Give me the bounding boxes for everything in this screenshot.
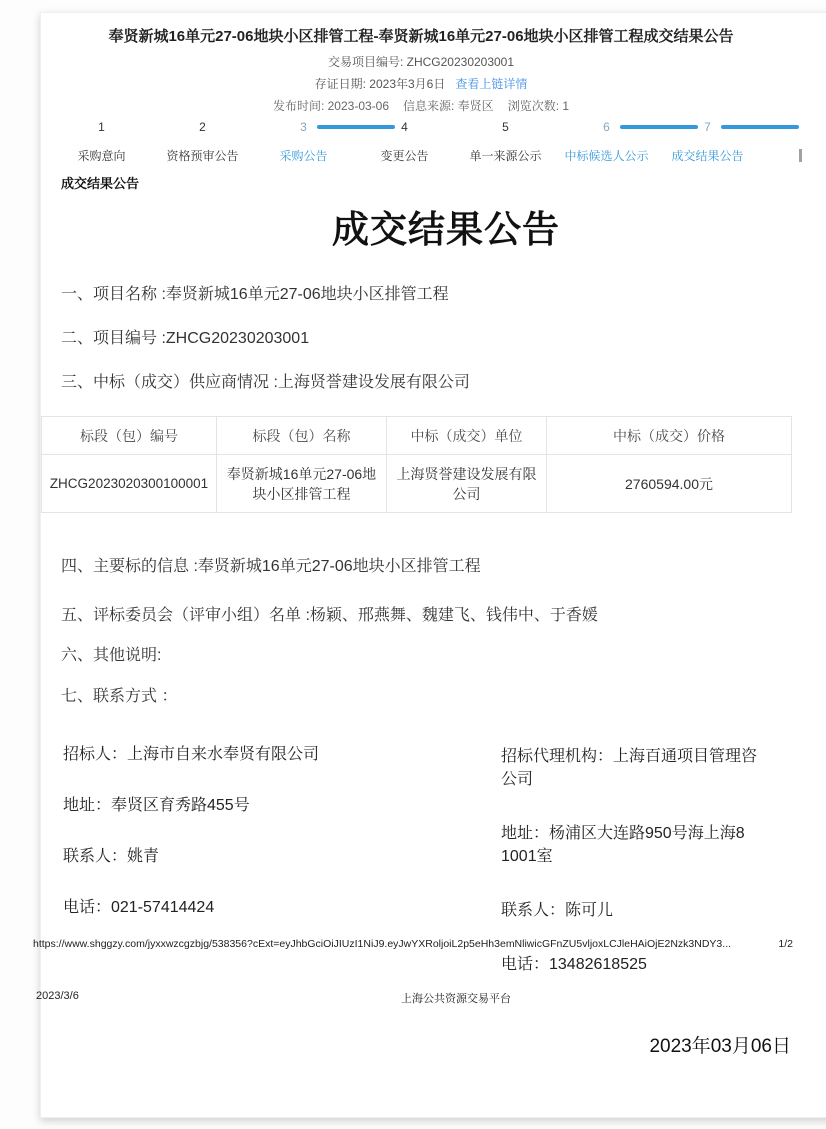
print-date: 2023/3/6 bbox=[36, 990, 79, 1002]
platform-name: 上海公共资源交易平台 bbox=[86, 990, 826, 1006]
view-chain-details-link[interactable]: 查看上链详情 bbox=[455, 77, 527, 91]
award-result-table: 标段（包）编号 标段（包）名称 中标（成交）单位 中标（成交）价格 ZHCG20… bbox=[41, 416, 792, 513]
source-url: https://www.shggzy.com/jyxxwzcgzbjg/5383… bbox=[33, 938, 731, 950]
step-purchase-intent: 1 采购意向 bbox=[51, 119, 152, 177]
cell-lot-name: 奉贤新城16单元27-06地块小区排管工程 bbox=[217, 455, 387, 513]
table-header-row: 标段（包）编号 标段（包）名称 中标（成交）单位 中标（成交）价格 bbox=[42, 417, 792, 455]
section-other-notes: 六、其他说明: bbox=[61, 642, 826, 665]
tenderer-contact-block: 招标人：上海市自来水奉贤有限公司 地址：奉贤区育秀路455号 联系人：姚青 电话… bbox=[63, 727, 493, 949]
procurement-stepper: 1 采购意向 2 资格预审公告 3 采购公告 4 变更公告 5 单一来源公示 6… bbox=[51, 119, 826, 177]
col-header-lot-name: 标段（包）名称 bbox=[217, 417, 387, 455]
page-title: 奉贤新城16单元27-06地块小区排管工程-奉贤新城16单元27-06地块小区排… bbox=[41, 25, 801, 46]
step-result-announcement[interactable]: 7 成交结果公告 bbox=[657, 119, 758, 177]
table-row: ZHCG2023020300100001 奉贤新城16单元27-06地块小区排管… bbox=[42, 455, 792, 513]
step-prequalification: 2 资格预审公告 bbox=[152, 119, 253, 177]
document-date: 2023年03月06日 bbox=[461, 1031, 791, 1058]
cell-winning-price: 2760594.00元 bbox=[547, 455, 792, 513]
agency-name: 招标代理机构：上海百通项目管理咨 公司 bbox=[501, 745, 826, 791]
cell-lot-number: ZHCG2023020300100001 bbox=[42, 455, 217, 513]
section-project-name: 一、项目名称 :奉贤新城16单元27-06地块小区排管工程 bbox=[61, 281, 826, 304]
info-source: 信息来源: 奉贤区 bbox=[403, 99, 494, 113]
pdf-footer-url-row: https://www.shggzy.com/jyxxwzcgzbjg/5383… bbox=[33, 938, 793, 950]
section-project-number: 二、项目编号 :ZHCG20230203001 bbox=[61, 325, 826, 348]
publish-meta-row: 发布时间: 2023-03-06信息来源: 奉贤区浏览次数: 1 bbox=[41, 97, 801, 114]
section-evaluation-committee: 五、评标委员会（评审小组）名单 :杨颖、邢燕舞、魏建飞、钱伟中、于香媛 bbox=[61, 602, 826, 625]
col-header-lot-number: 标段（包）编号 bbox=[42, 417, 217, 455]
view-count: 浏览次数: 1 bbox=[508, 99, 569, 113]
breadcrumb-current: 成交结果公告 bbox=[61, 173, 139, 192]
col-header-winning-unit: 中标（成交）单位 bbox=[387, 417, 547, 455]
announcement-page-card: 奉贤新城16单元27-06地块小区排管工程-奉贤新城16单元27-06地块小区排… bbox=[40, 12, 826, 1118]
trade-project-number: 交易项目编号: ZHCG20230203001 bbox=[41, 53, 801, 70]
cell-winning-unit: 上海贤誉建设发展有限公司 bbox=[387, 455, 547, 513]
agency-contact-person: 联系人：陈可儿 bbox=[501, 899, 826, 922]
tenderer-contact-person: 联系人：姚青 bbox=[63, 847, 493, 867]
step-single-source: 5 单一来源公示 bbox=[455, 119, 556, 177]
step-winner-candidates[interactable]: 6 中标候选人公示 bbox=[556, 119, 657, 177]
col-header-winning-price: 中标（成交）价格 bbox=[547, 417, 792, 455]
clipped-step-label-fragment bbox=[799, 149, 802, 162]
section-winning-supplier: 三、中标（成交）供应商情况 :上海贤誉建设发展有限公司 bbox=[61, 369, 826, 392]
tenderer-phone: 电话：021-57414424 bbox=[63, 898, 493, 918]
step-change-announcement: 4 变更公告 bbox=[354, 119, 455, 177]
deposit-date-row: 存证日期: 2023年3月6日查看上链详情 bbox=[41, 75, 801, 92]
publish-time: 发布时间: 2023-03-06 bbox=[273, 99, 389, 113]
page-indicator: 1/2 bbox=[778, 938, 793, 950]
step-connector-line bbox=[721, 125, 799, 129]
agency-address: 地址：杨浦区大连路950号海上海8 1001室 bbox=[501, 822, 826, 868]
step-purchase-announcement[interactable]: 3 采购公告 bbox=[253, 119, 354, 177]
section-main-subject: 四、主要标的信息 :奉贤新城16单元27-06地块小区排管工程 bbox=[61, 553, 826, 576]
tenderer-address: 地址：奉贤区育秀路455号 bbox=[63, 796, 493, 816]
deposit-date: 存证日期: 2023年3月6日 bbox=[315, 77, 446, 91]
tenderer-name: 招标人：上海市自来水奉贤有限公司 bbox=[63, 745, 493, 765]
section-contact-info: 七、联系方式 ： bbox=[61, 683, 826, 706]
agency-contact-block: 招标代理机构：上海百通项目管理咨 公司 地址：杨浦区大连路950号海上海8 10… bbox=[501, 727, 826, 1007]
agency-phone: 电话：13482618525 bbox=[501, 953, 826, 976]
announcement-title: 成交结果公告 bbox=[41, 199, 826, 253]
